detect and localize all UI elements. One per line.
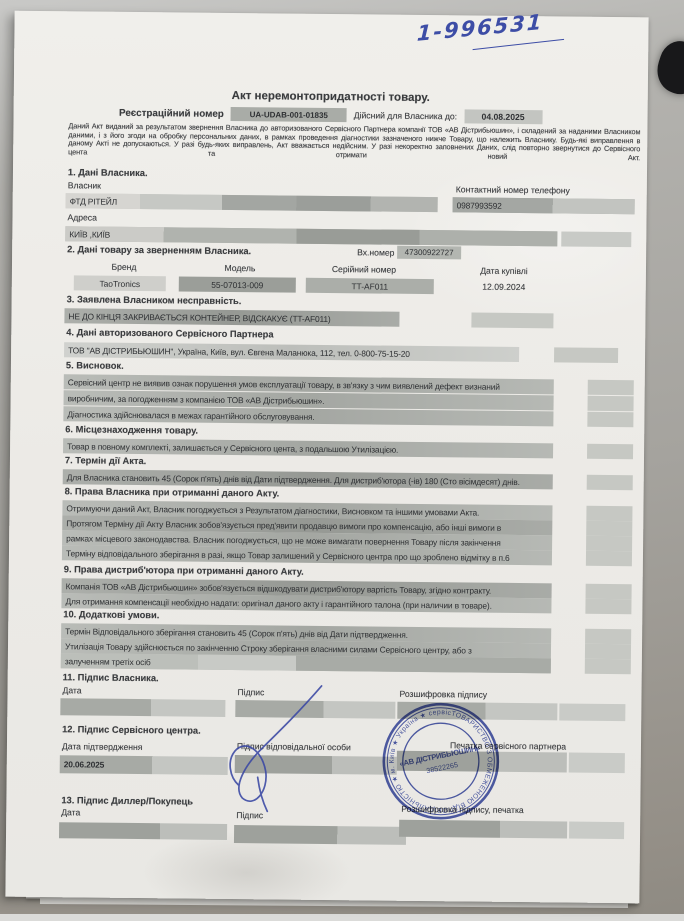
stamp-code: 38522265	[426, 760, 459, 775]
brand-label: Бренд	[111, 262, 136, 272]
redacted-field	[561, 231, 631, 247]
dealer-date-label: Дата	[61, 807, 80, 817]
section-3-title: 3. Заявлена Власником несправність.	[67, 294, 242, 306]
valid-until-label: Дійсний для Власника до:	[354, 110, 457, 121]
signature-box	[234, 825, 406, 845]
section-10-title: 10. Додаткові умови.	[63, 609, 159, 620]
registration-number-value: UA-UDAB-001-01835	[231, 107, 347, 122]
photo-scene: 1-996531 Акт неремонтопридатності товару…	[0, 0, 684, 921]
redacted-field	[569, 753, 625, 774]
section-12-title: 12. Підпис Сервісного центра.	[62, 724, 201, 735]
brand-value: TaoTronics	[74, 275, 166, 291]
phone-label: Контактний номер телефону	[456, 184, 570, 195]
purchase-date-value: 12.09.2024	[482, 282, 525, 292]
reported-defect-line: НЕ ДО КІНЦЯ ЗАКРИВАЄТЬСЯ КОНТЕЙНЕР, ВІДС…	[64, 308, 399, 327]
handwritten-underline	[473, 39, 565, 50]
redacted-field	[559, 703, 625, 721]
model-label: Модель	[224, 263, 255, 273]
address-value: КИЇВ ,КИЇВ	[65, 226, 557, 246]
signature-box	[59, 822, 227, 840]
address-label: Адреса	[67, 212, 96, 222]
confirmation-date-label: Дата підтвердження	[62, 741, 143, 752]
table-edge	[0, 914, 684, 921]
inbound-number-value: 47300922727	[397, 246, 461, 260]
section-6-title: 6. Місцезнаходження товару.	[65, 424, 198, 435]
section-9-title: 9. Права дистриб'ютора при отриманні дан…	[64, 564, 304, 577]
dark-object	[651, 36, 684, 100]
model-value: 55-07013-009	[179, 276, 296, 292]
redacted-field	[569, 822, 624, 840]
intro-paragraph: Даний Акт виданий за результатом звернен…	[68, 122, 640, 163]
owner-label: Власник	[68, 180, 101, 190]
section-5-title: 5. Висновок.	[66, 360, 124, 371]
section-13-title: 13. Підпис Диллер/Покупець	[61, 795, 193, 806]
owner-value: ФТД РІТЕЙЛ	[66, 193, 438, 212]
registration-number-label: Реєстраційний номер	[119, 107, 224, 119]
section-8-title: 8. Права Власника при отриманні даного А…	[65, 486, 280, 498]
service-partner-line: ТОВ "АВ ДІСТРИБЬЮШИН", Україна, Київ, ву…	[64, 342, 519, 362]
owner-sign-date-label: Дата	[62, 685, 81, 695]
phone-value: 0987993592	[453, 197, 635, 214]
page-title: Акт неремонтопридатності товару.	[14, 88, 648, 107]
section-2-title: 2. Дані товару за зверненням Власника.	[67, 244, 251, 256]
signature-scribble	[202, 677, 343, 818]
section-11-title: 11. Підпис Власника.	[63, 672, 159, 683]
valid-until-value: 04.08.2025	[464, 109, 542, 124]
service-partner-stamp: ТОВАРИСТВО З ОБМЕЖЕНОЮ ВІДПОВІДАЛЬНІСТЮ …	[367, 687, 515, 835]
section-1-title: 1. Дані Власника.	[68, 167, 148, 178]
serial-value: TT-AF011	[306, 278, 434, 294]
section-7-title: 7. Термін дії Акта.	[65, 455, 146, 466]
section-4-title: 4. Дані авторизованого Сервісного Партне…	[66, 327, 273, 339]
signature-box	[60, 698, 225, 717]
serial-label: Серійний номер	[332, 264, 396, 275]
purchase-date-label: Дата купівлі	[480, 266, 528, 276]
inbound-number-label: Вх.номер	[357, 247, 394, 257]
document-page: 1-996531 Акт неремонтопридатності товару…	[5, 11, 648, 904]
